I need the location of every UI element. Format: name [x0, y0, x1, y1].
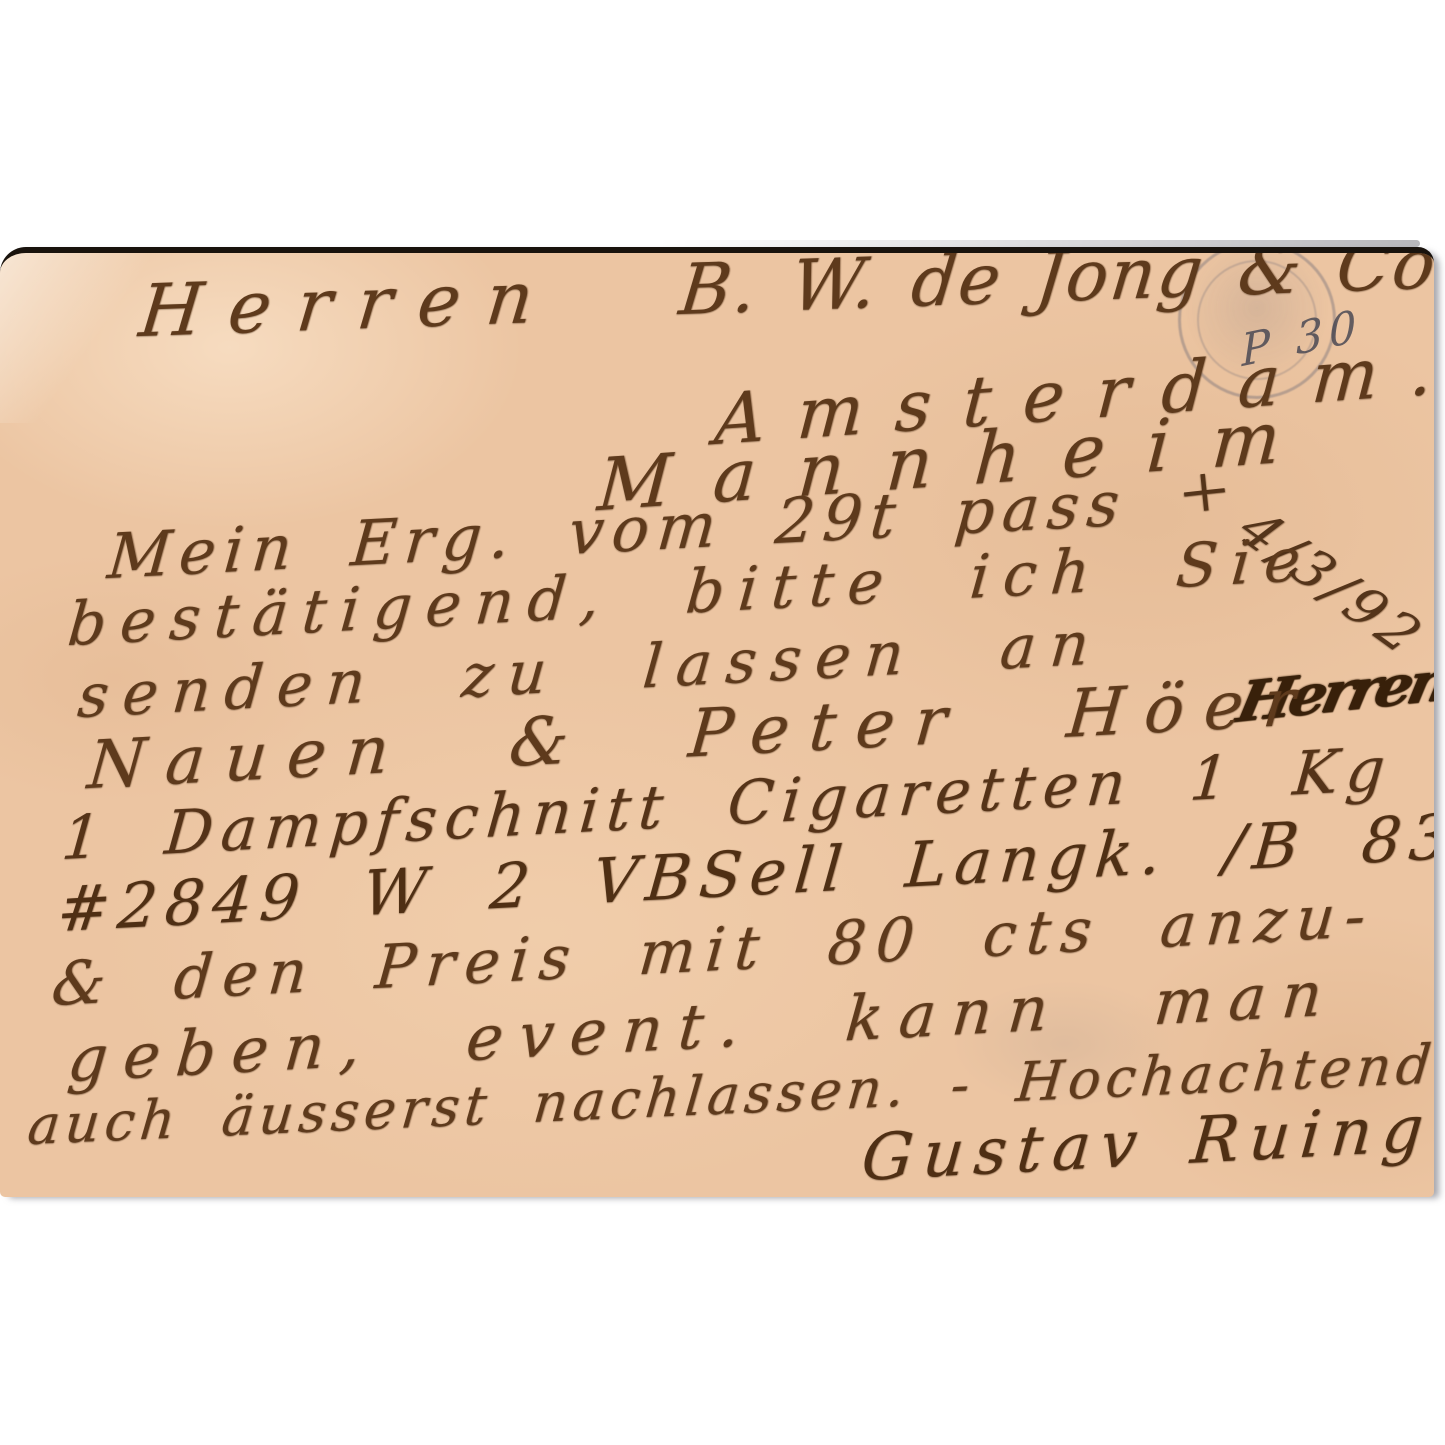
- addressee-salutation-line: Herren: [136, 260, 563, 347]
- postcard: P 30 Herren B. W. de Jong & Co Amsterdam…: [0, 247, 1434, 1197]
- card-top-edge-shadow: [660, 240, 1420, 247]
- corner-crease: [0, 253, 150, 423]
- scan-background: P 30 Herren B. W. de Jong & Co Amsterdam…: [0, 0, 1445, 1445]
